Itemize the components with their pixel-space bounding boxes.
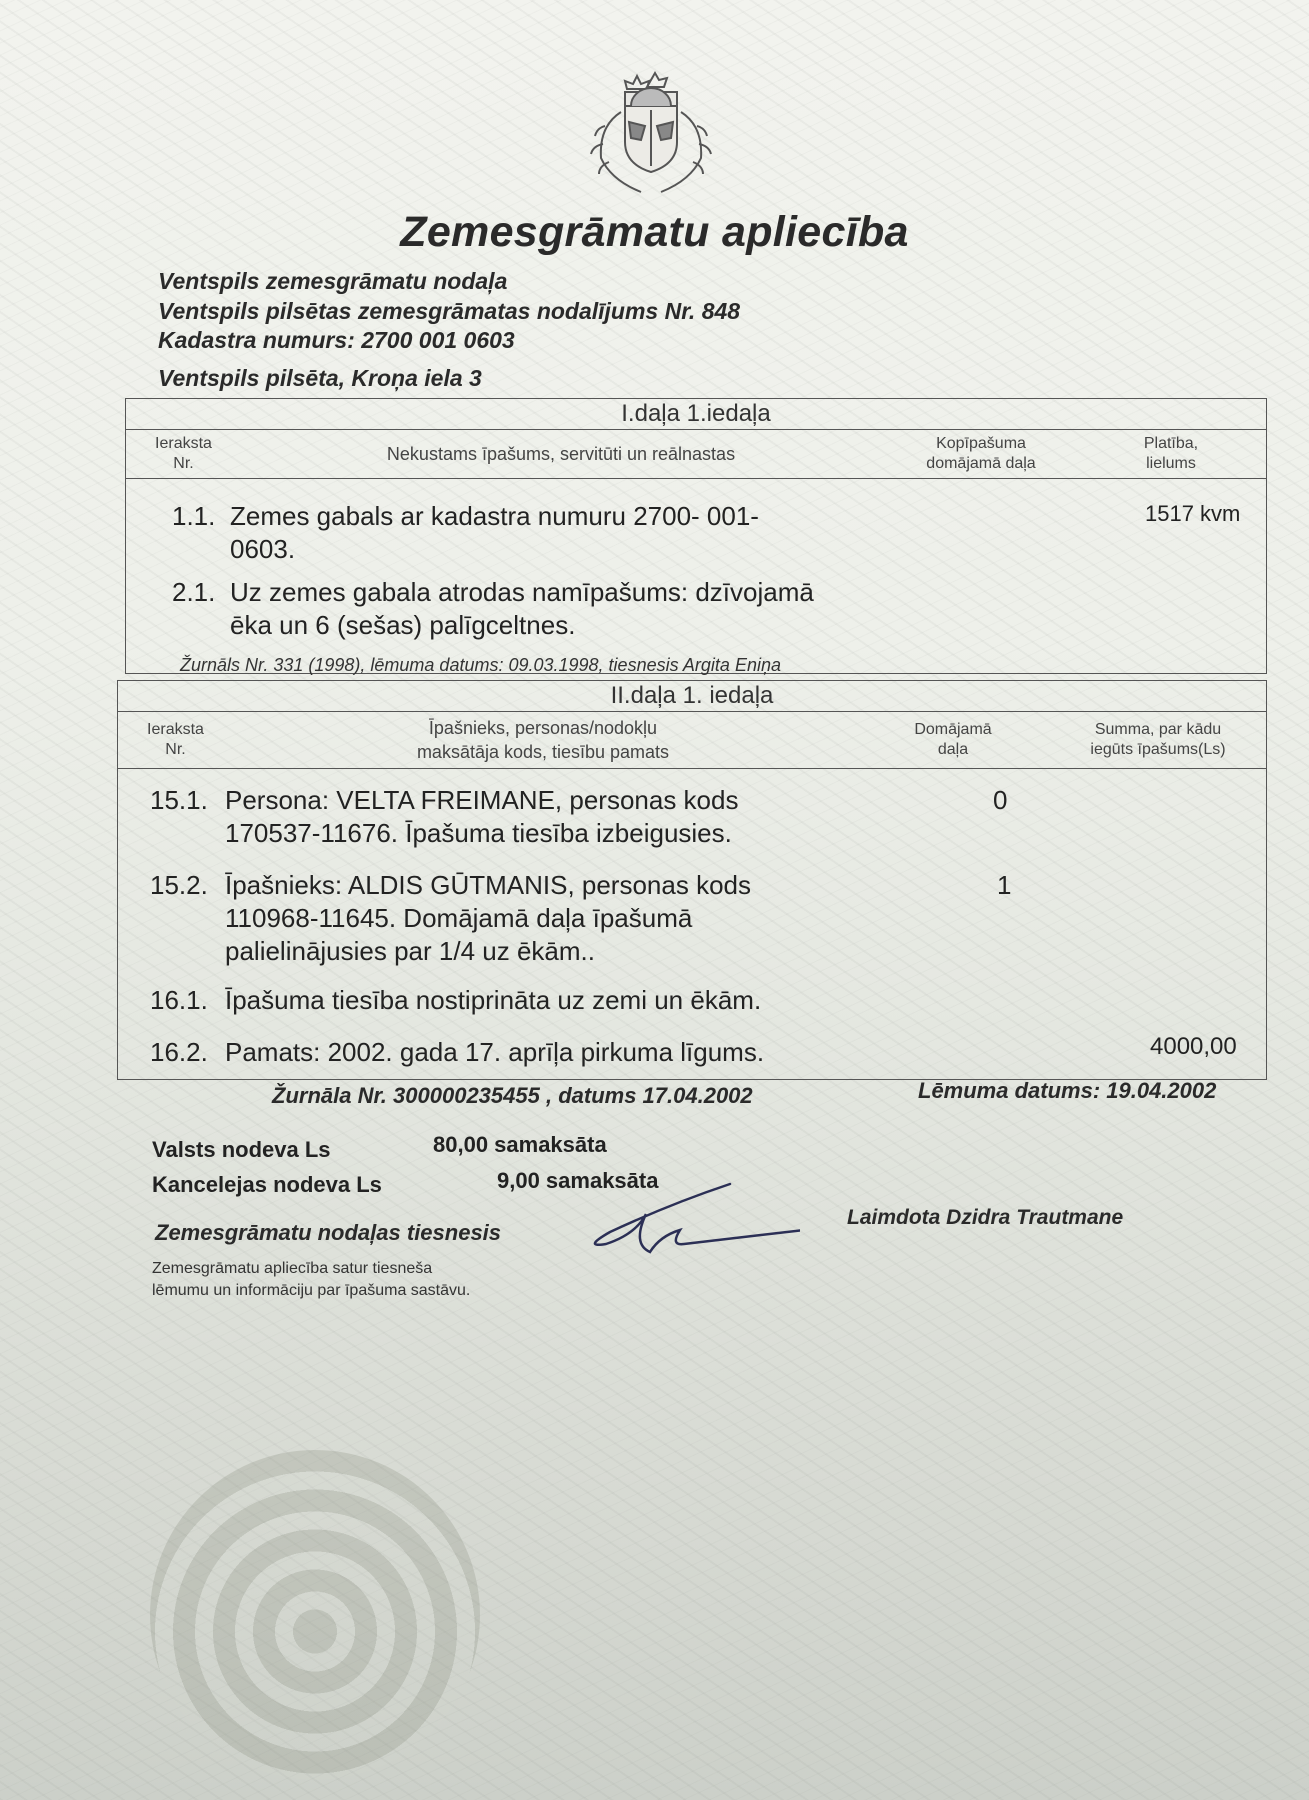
part2-share-value: 1 — [997, 869, 1011, 902]
header-entry-no: Ieraksta Nr. — [118, 716, 233, 764]
part1-section-title: I.daļa 1.iedaļa — [126, 399, 1266, 430]
footer-journal: Žurnāla Nr. 300000235455 , datums 17.04.… — [272, 1083, 753, 1109]
office-fee-label: Kancelejas nodeva Ls — [152, 1172, 382, 1198]
part2-sum-value: 4000,00 — [1150, 1030, 1237, 1063]
cadastre-number: Kadastra numurs: 2700 001 0603 — [158, 327, 515, 354]
footer-decision-date: Lēmuma datums: 19.04.2002 — [918, 1078, 1216, 1104]
header-owner: Īpašnieks, personas/nodokļu maksātāja ko… — [233, 716, 853, 764]
part2-entry: 15.2.Īpašnieks: ALDIS GŪTMANIS, personas… — [150, 869, 751, 968]
department-name: Ventspils zemesgrāmatu nodaļa — [158, 268, 507, 295]
spiral-watermark — [150, 1450, 480, 1780]
property-address: Ventspils pilsēta, Kroņa iela 3 — [158, 365, 482, 392]
part1-entry: 2.1.Uz zemes gabala atrodas namīpašums: … — [172, 576, 814, 642]
judge-label: Zemesgrāmatu nodaļas tiesnesis — [155, 1220, 501, 1246]
part2-entry: 16.1.Īpašuma tiesība nostiprināta uz zem… — [150, 984, 761, 1017]
note-line-2: lēmumu un informāciju par īpašuma sastāv… — [152, 1280, 470, 1302]
part2-share-value: 0 — [993, 784, 1007, 817]
note-line-1: Zemesgrāmatu apliecība satur tiesneša — [152, 1258, 432, 1280]
folio-number: Ventspils pilsētas zemesgrāmatas nodalīj… — [158, 298, 740, 325]
part1-journal: Žurnāls Nr. 331 (1998), lēmuma datums: 0… — [180, 655, 781, 676]
header-share: Domājamā daļa — [853, 716, 1053, 764]
header-area: Platība, lielums — [1081, 434, 1261, 474]
latvia-coat-of-arms-icon — [565, 70, 735, 200]
signature-mark — [550, 1180, 800, 1280]
state-fee-label: Valsts nodeva Ls — [152, 1137, 331, 1163]
part1-area-value: 1517 kvm — [1145, 497, 1240, 530]
part2-entry: 16.2.Pamats: 2002. gada 17. aprīļa pirku… — [150, 1036, 764, 1069]
part2-entry: 15.1.Persona: VELTA FREIMANE, personas k… — [150, 784, 738, 850]
part2-header-row: Ieraksta Nr. Īpašnieks, personas/nodokļu… — [118, 712, 1266, 769]
part2-section-title: II.daļa 1. iedaļa — [118, 681, 1266, 712]
part1-entry: 1.1.Zemes gabals ar kadastra numuru 2700… — [172, 500, 759, 566]
judge-name: Laimdota Dzidra Trautmane — [847, 1206, 1123, 1230]
state-fee-value: 80,00 samaksāta — [433, 1132, 607, 1158]
header-description: Nekustams īpašums, servitūti un reālnast… — [241, 434, 881, 474]
header-sum: Summa, par kādu iegūts īpašums(Ls) — [1053, 716, 1263, 764]
header-share: Kopīpašuma domājamā daļa — [881, 434, 1081, 474]
header-entry-no: Ieraksta Nr. — [126, 434, 241, 474]
part1-header-row: Ieraksta Nr. Nekustams īpašums, servitūt… — [126, 430, 1266, 479]
document-title: Zemesgrāmatu apliecība — [0, 208, 1309, 257]
